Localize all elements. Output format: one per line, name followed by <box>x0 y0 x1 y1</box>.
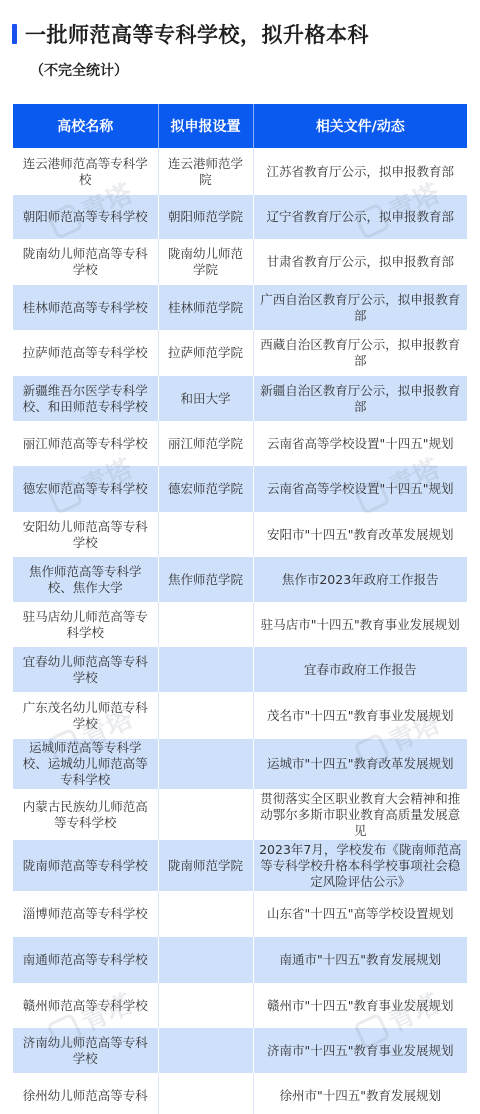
table-row: 淄博师范高等专科学校 山东省"十四五"高等学校设置规划 <box>13 891 467 937</box>
cell-school: 运城师范高等专科学校、运城幼儿师范高等专科学校 <box>13 739 158 789</box>
schools-table: 高校名称 拟申报设置 相关文件/动态 连云港师范高等专科学校 连云港师范学院 江… <box>13 104 467 1114</box>
table-row: 运城师范高等专科学校、运城幼儿师范高等专科学校 运城市"十四五"教育改革发展规划 <box>13 739 467 789</box>
cell-proposed: 丽江师范学院 <box>158 421 253 466</box>
cell-document: 广西自治区教育厅公示，拟申报教育部 <box>253 285 467 330</box>
cell-school: 济南幼儿师范高等专科学校 <box>13 1028 158 1073</box>
table-row: 新疆维吾尔医学专科学校、和田师范专科学校 和田大学 新疆自治区教育厅公示，拟申报… <box>13 376 467 421</box>
cell-school: 焦作师范高等专科学校、焦作大学 <box>13 557 158 602</box>
cell-document: 2023年7月，学校发布《陇南师范高等专科学校升格本科学校事项社会稳定风险评估公… <box>253 840 467 891</box>
table-header-row: 高校名称 拟申报设置 相关文件/动态 <box>13 104 467 148</box>
cell-document: 济南市"十四五"教育事业发展规划 <box>253 1028 467 1073</box>
table-row: 拉萨师范高等专科学校 拉萨师范学院 西藏自治区教育厅公示，拟申报教育部 <box>13 330 467 376</box>
cell-school: 新疆维吾尔医学专科学校、和田师范专科学校 <box>13 376 158 421</box>
cell-school: 陇南师范高等专科学校 <box>13 840 158 891</box>
cell-document: 甘肃省教育厅公示，拟申报教育部 <box>253 239 467 285</box>
cell-proposed <box>158 937 253 983</box>
table-row: 安阳幼儿师范高等专科学校 安阳市"十四五"教育改革发展规划 <box>13 512 467 557</box>
cell-proposed: 桂林师范学院 <box>158 285 253 330</box>
cell-proposed <box>158 1028 253 1073</box>
cell-school: 广东茂名幼儿师范专科学校 <box>13 692 158 739</box>
table-row: 陇南师范高等专科学校 陇南师范学院 2023年7月，学校发布《陇南师范高等专科学… <box>13 840 467 891</box>
page-subtitle: （不完全统计） <box>30 60 128 80</box>
table-row: 桂林师范高等专科学校 桂林师范学院 广西自治区教育厅公示，拟申报教育部 <box>13 285 467 330</box>
table-row: 焦作师范高等专科学校、焦作大学 焦作师范学院 焦作市2023年政府工作报告 <box>13 557 467 602</box>
table-row: 内蒙古民族幼儿师范高等专科学校 贯彻落实全区职业教育大会精神和推动鄂尔多斯市职业… <box>13 789 467 840</box>
cell-proposed <box>158 891 253 937</box>
table-row: 广东茂名幼儿师范专科学校 茂名市"十四五"教育事业发展规划 <box>13 692 467 739</box>
cell-proposed: 德宏师范学院 <box>158 466 253 512</box>
cell-document: 贯彻落实全区职业教育大会精神和推动鄂尔多斯市职业教育高质量发展意见 <box>253 789 467 840</box>
cell-document: 新疆自治区教育厅公示，拟申报教育部 <box>253 376 467 421</box>
cell-document: 宜春市政府工作报告 <box>253 647 467 692</box>
column-header-school: 高校名称 <box>13 104 158 148</box>
cell-school: 朝阳师范高等专科学校 <box>13 195 158 239</box>
table-row: 连云港师范高等专科学校 连云港师范学院 江苏省教育厅公示，拟申报教育部 <box>13 148 467 195</box>
cell-school: 徐州幼儿师范高等专科 <box>13 1073 158 1114</box>
cell-document: 赣州市"十四五"教育事业发展规划 <box>253 983 467 1028</box>
cell-school: 南通师范高等专科学校 <box>13 937 158 983</box>
cell-document: 山东省"十四五"高等学校设置规划 <box>253 891 467 937</box>
table-row: 赣州师范高等专科学校 赣州市"十四五"教育事业发展规划 <box>13 983 467 1028</box>
table-row: 陇南幼儿师范高等专科学校 陇南幼儿师范学院 甘肃省教育厅公示，拟申报教育部 <box>13 239 467 285</box>
cell-school: 陇南幼儿师范高等专科学校 <box>13 239 158 285</box>
cell-document: 徐州市"十四五"教育发展规划 <box>253 1073 467 1114</box>
column-header-document: 相关文件/动态 <box>253 104 467 148</box>
cell-proposed: 焦作师范学院 <box>158 557 253 602</box>
table-row: 朝阳师范高等专科学校 朝阳师范学院 辽宁省教育厅公示，拟申报教育部 <box>13 195 467 239</box>
cell-document: 辽宁省教育厅公示，拟申报教育部 <box>253 195 467 239</box>
title-accent-bar <box>12 24 17 44</box>
cell-school: 赣州师范高等专科学校 <box>13 983 158 1028</box>
cell-document: 云南省高等学校设置"十四五"规划 <box>253 421 467 466</box>
cell-document: 焦作市2023年政府工作报告 <box>253 557 467 602</box>
cell-school: 丽江师范高等专科学校 <box>13 421 158 466</box>
cell-school: 连云港师范高等专科学校 <box>13 148 158 195</box>
page-title-row: 一批师范高等专科学校，拟升格本科 <box>12 20 369 48</box>
cell-school: 宜春幼儿师范高等专科学校 <box>13 647 158 692</box>
cell-proposed: 连云港师范学院 <box>158 148 253 195</box>
cell-school: 安阳幼儿师范高等专科学校 <box>13 512 158 557</box>
page-title: 一批师范高等专科学校，拟升格本科 <box>25 19 369 49</box>
cell-proposed <box>158 1073 253 1114</box>
cell-document: 茂名市"十四五"教育事业发展规划 <box>253 692 467 739</box>
cell-school: 内蒙古民族幼儿师范高等专科学校 <box>13 789 158 840</box>
cell-document: 南通市"十四五"教育发展规划 <box>253 937 467 983</box>
table-row: 宜春幼儿师范高等专科学校 宜春市政府工作报告 <box>13 647 467 692</box>
table-row: 徐州幼儿师范高等专科 徐州市"十四五"教育发展规划 <box>13 1073 467 1114</box>
cell-proposed: 和田大学 <box>158 376 253 421</box>
cell-school: 淄博师范高等专科学校 <box>13 891 158 937</box>
cell-proposed: 朝阳师范学院 <box>158 195 253 239</box>
cell-proposed <box>158 789 253 840</box>
cell-proposed: 拉萨师范学院 <box>158 330 253 376</box>
table-row: 驻马店幼儿师范高等专科学校 驻马店市"十四五"教育事业发展规划 <box>13 602 467 647</box>
cell-document: 驻马店市"十四五"教育事业发展规划 <box>253 602 467 647</box>
table-row: 南通师范高等专科学校 南通市"十四五"教育发展规划 <box>13 937 467 983</box>
cell-document: 云南省高等学校设置"十四五"规划 <box>253 466 467 512</box>
column-header-proposed: 拟申报设置 <box>158 104 253 148</box>
cell-school: 德宏师范高等专科学校 <box>13 466 158 512</box>
cell-school: 拉萨师范高等专科学校 <box>13 330 158 376</box>
cell-school: 驻马店幼儿师范高等专科学校 <box>13 602 158 647</box>
cell-proposed <box>158 739 253 789</box>
cell-proposed: 陇南师范学院 <box>158 840 253 891</box>
cell-proposed <box>158 692 253 739</box>
cell-document: 安阳市"十四五"教育改革发展规划 <box>253 512 467 557</box>
cell-school: 桂林师范高等专科学校 <box>13 285 158 330</box>
cell-proposed <box>158 602 253 647</box>
cell-document: 西藏自治区教育厅公示，拟申报教育部 <box>253 330 467 376</box>
cell-proposed: 陇南幼儿师范学院 <box>158 239 253 285</box>
cell-proposed <box>158 512 253 557</box>
cell-document: 运城市"十四五"教育改革发展规划 <box>253 739 467 789</box>
cell-proposed <box>158 983 253 1028</box>
cell-proposed <box>158 647 253 692</box>
table-row: 丽江师范高等专科学校 丽江师范学院 云南省高等学校设置"十四五"规划 <box>13 421 467 466</box>
cell-document: 江苏省教育厅公示，拟申报教育部 <box>253 148 467 195</box>
table-row: 德宏师范高等专科学校 德宏师范学院 云南省高等学校设置"十四五"规划 <box>13 466 467 512</box>
table-row: 济南幼儿师范高等专科学校 济南市"十四五"教育事业发展规划 <box>13 1028 467 1073</box>
